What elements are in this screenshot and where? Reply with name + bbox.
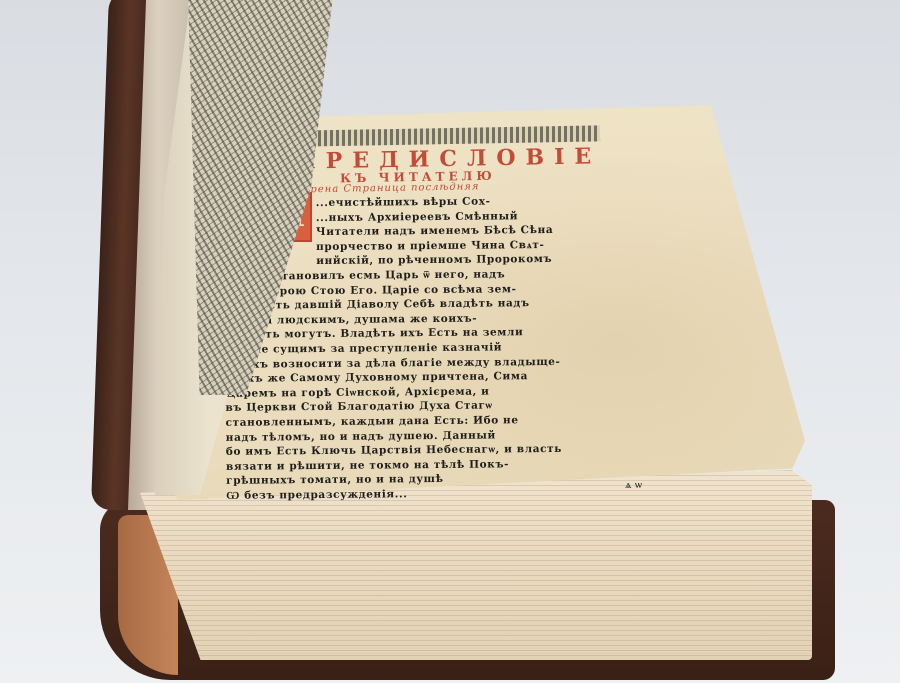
book-photo: ѧ ѡ ПРЕДИСЛОВІЕ КЪ ЧИТАТЕЛЮ Смирена Стра…	[0, 0, 900, 683]
